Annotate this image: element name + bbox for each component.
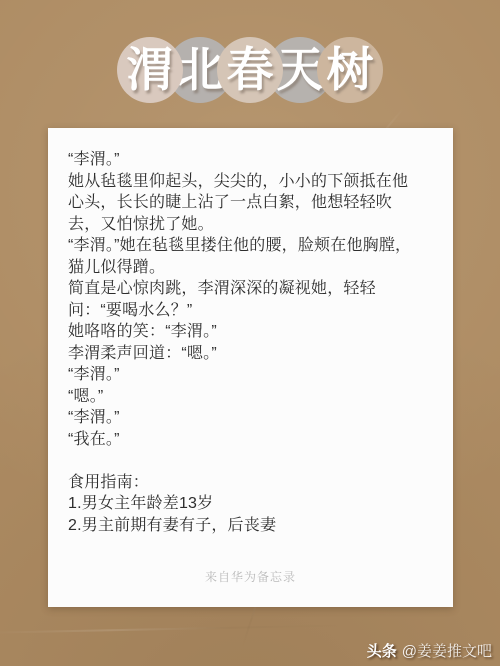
guide-line: 2.男主前期有妻有子，后丧妻 bbox=[68, 515, 439, 537]
guide-paragraph: 食用指南： 1.男女主年龄差13岁 2.男主前期有妻有子，后丧妻 bbox=[68, 472, 439, 537]
excerpt-line: 心头，长长的睫上沾了一点白絮，他想轻轻吹 bbox=[68, 192, 439, 214]
title-char-circle: 树 bbox=[317, 37, 383, 103]
author-handle-label: @姜姜推文吧 bbox=[402, 643, 492, 660]
excerpt-paragraph: “李渭。” 她从毡毯里仰起头，尖尖的，小小的下颌抵在他 心头，长长的睫上沾了一点… bbox=[68, 149, 439, 450]
excerpt-line: 简直是心惊肉跳，李渭深深的凝视她，轻轻 bbox=[68, 278, 439, 300]
title-char: 树 bbox=[327, 37, 374, 103]
guide-line: 食用指南： bbox=[68, 472, 439, 494]
excerpt-line: “李渭。” bbox=[68, 149, 439, 171]
kraft-paper-background: 渭 北 春 天 树 “李渭。” 她从毡 bbox=[0, 0, 500, 666]
book-title-banner: 渭 北 春 天 树 bbox=[117, 37, 383, 103]
paragraph-spacer bbox=[68, 450, 439, 472]
excerpt-line: 问：“要喝水么？” bbox=[68, 300, 439, 322]
excerpt-line: 李渭柔声回道：“嗯。” bbox=[68, 343, 439, 365]
excerpt-line: “嗯。” bbox=[68, 386, 439, 408]
excerpt-line: 去，又怕惊扰了她。 bbox=[68, 214, 439, 236]
excerpt-line: 她从毡毯里仰起头，尖尖的，小小的下颌抵在他 bbox=[68, 171, 439, 193]
excerpt-line: 她咯咯的笑：“李渭。” bbox=[68, 321, 439, 343]
watermark: 头条@姜姜推文吧 bbox=[367, 640, 492, 661]
source-note: 来自华为备忘录 bbox=[48, 568, 453, 585]
title-char-circle: 春 bbox=[217, 37, 283, 103]
toutiao-brand-label: 头条 bbox=[367, 643, 397, 660]
title-char: 渭 bbox=[127, 37, 174, 103]
excerpt-line: “李渭。” bbox=[68, 364, 439, 386]
excerpt-line: 猫儿似得蹭。 bbox=[68, 257, 439, 279]
guide-line: 1.男女主年龄差13岁 bbox=[68, 493, 439, 515]
paper-crease bbox=[0, 624, 350, 634]
title-char: 春 bbox=[227, 37, 274, 103]
excerpt-line: “李渭。”她在毡毯里搂住他的腰，脸颊在他胸膛， bbox=[68, 235, 439, 257]
excerpt-line: “李渭。” bbox=[68, 407, 439, 429]
excerpt-line: “我在。” bbox=[68, 429, 439, 451]
excerpt-text: “李渭。” 她从毡毯里仰起头，尖尖的，小小的下颌抵在他 心头，长长的睫上沾了一点… bbox=[68, 149, 439, 536]
excerpt-card: “李渭。” 她从毡毯里仰起头，尖尖的，小小的下颌抵在他 心头，长长的睫上沾了一点… bbox=[48, 128, 453, 607]
title-char-circle: 渭 bbox=[117, 37, 183, 103]
